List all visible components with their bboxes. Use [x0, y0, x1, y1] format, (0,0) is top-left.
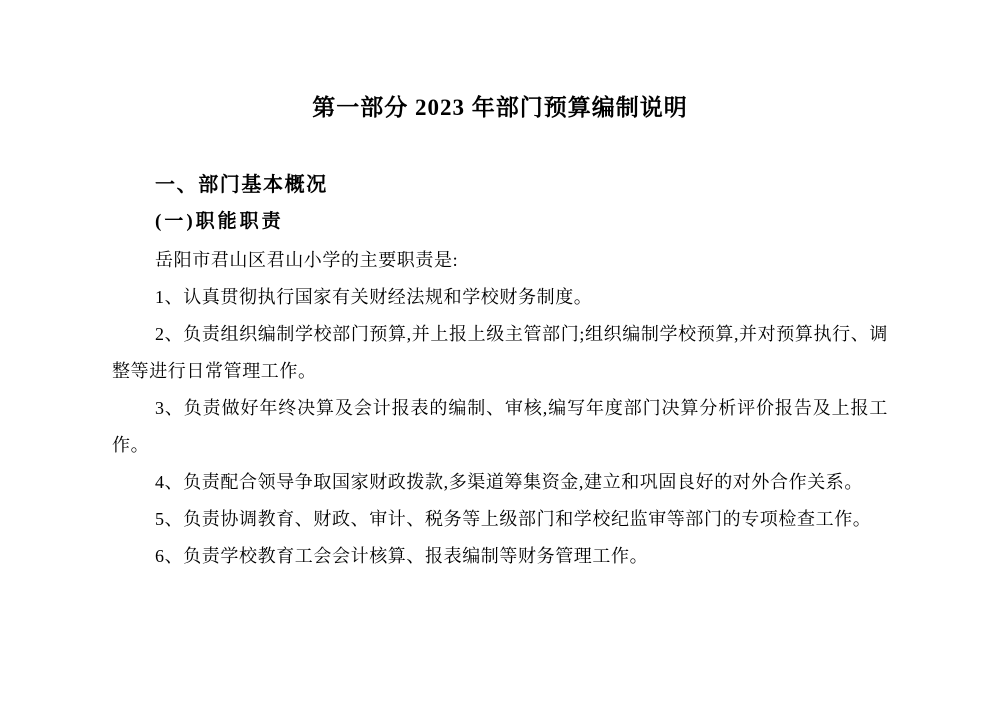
duty-paragraph-2: 2、负责组织编制学校部门预算,并上报上级主管部门;组织编制学校预算,并对预算执行… [112, 316, 888, 390]
duty-paragraph-4: 4、负责配合领导争取国家财政拨款,多渠道筹集资金,建立和巩固良好的对外合作关系。 [112, 464, 888, 501]
duty-paragraph-3: 3、负责做好年终决算及会计报表的编制、审核,编写年度部门决算分析评价报告及上报工… [112, 390, 888, 464]
body-text: 岳阳市君山区君山小学的主要职责是: 1、认真贯彻执行国家有关财经法规和学校财务制… [112, 242, 888, 575]
subsection-heading: (一)职能职责 [112, 208, 888, 236]
document-title: 第一部分 2023 年部门预算编制说明 [0, 93, 1000, 123]
duty-paragraph-5: 5、负责协调教育、财政、审计、税务等上级部门和学校纪监审等部门的专项检查工作。 [112, 501, 888, 538]
duty-paragraph-6: 6、负责学校教育工会会计核算、报表编制等财务管理工作。 [112, 538, 888, 575]
intro-paragraph: 岳阳市君山区君山小学的主要职责是: [112, 242, 888, 279]
duty-paragraph-1: 1、认真贯彻执行国家有关财经法规和学校财务制度。 [112, 279, 888, 316]
document-page: 第一部分 2023 年部门预算编制说明 一、部门基本概况 (一)职能职责 岳阳市… [0, 0, 1000, 706]
section-heading: 一、部门基本概况 [112, 171, 888, 199]
